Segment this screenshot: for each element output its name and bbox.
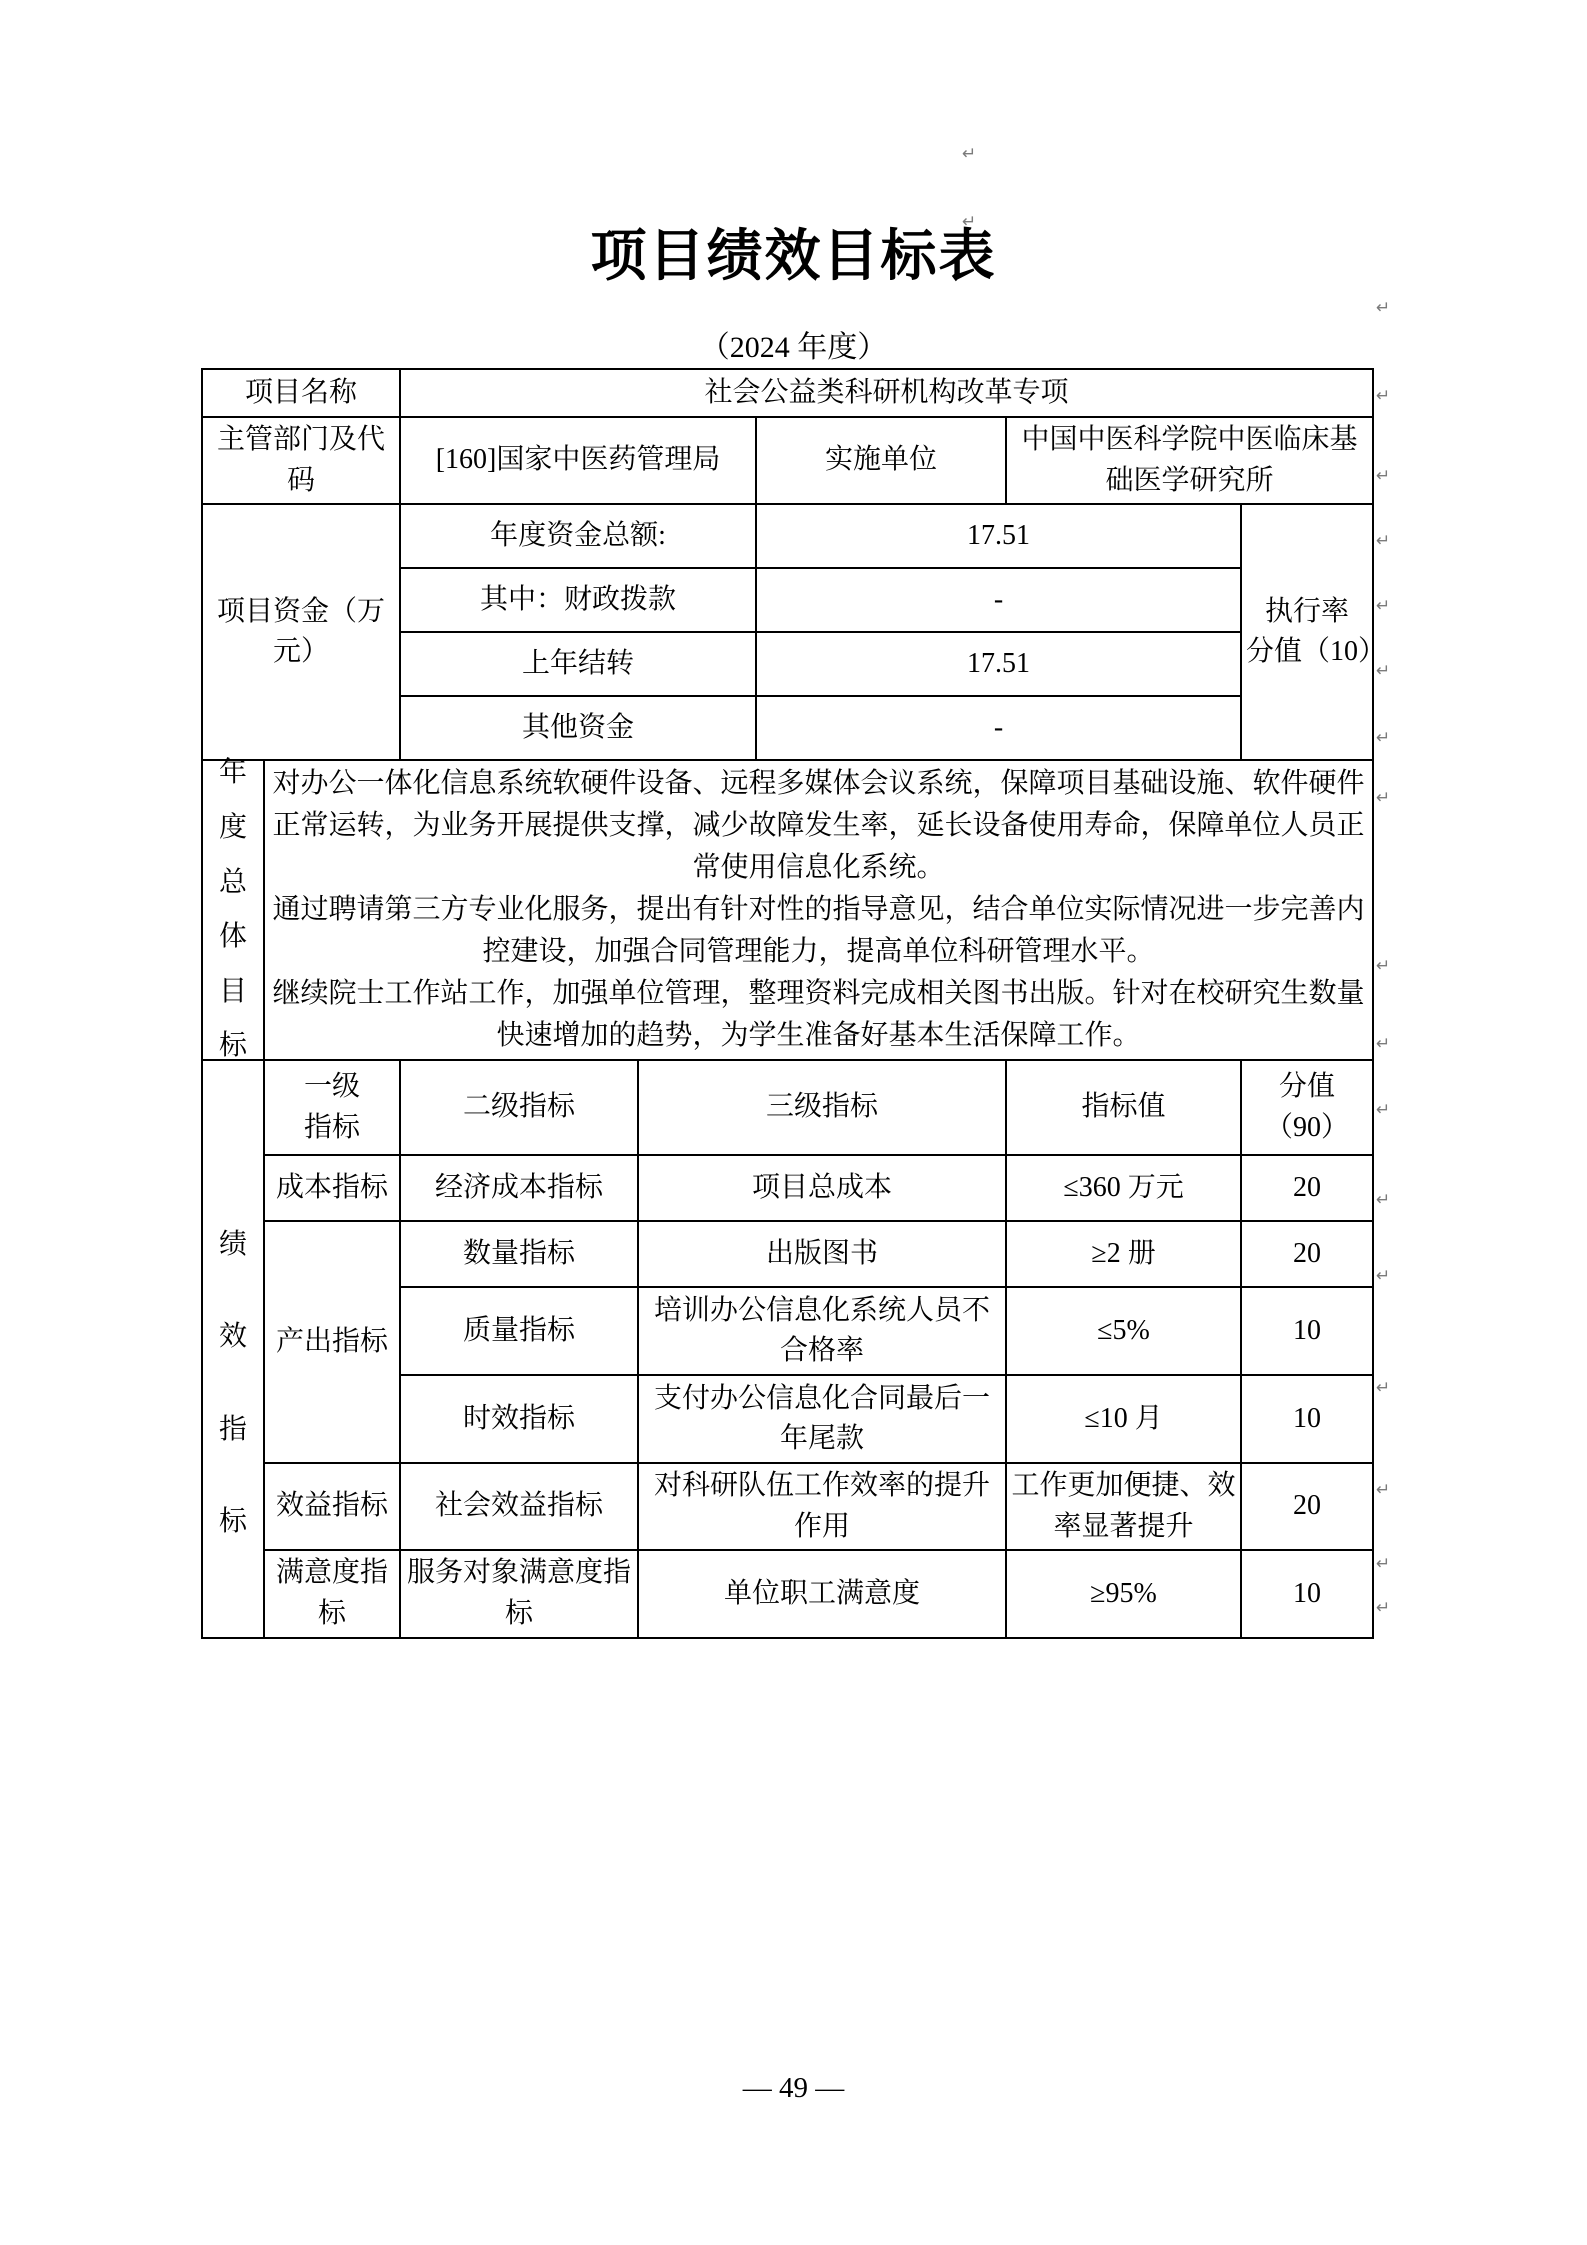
paragraph-mark-icon: ↵	[1376, 1192, 1390, 1209]
dept-label: 主管部门及代码	[202, 417, 400, 504]
paragraph-mark-icon: ↵	[1376, 1036, 1390, 1053]
project-name-value: 社会公益类科研机构改革专项	[400, 369, 1373, 417]
table-row: 满意度指标 服务对象满意度指标 单位职工满意度 ≥95% 10	[202, 1550, 1373, 1637]
funding-item-carryover: 上年结转	[400, 632, 756, 696]
paragraph-mark-icon: ↵	[1376, 1380, 1390, 1397]
indicator-level2: 时效指标	[400, 1375, 638, 1463]
indicator-level3: 出版图书	[638, 1221, 1006, 1287]
execution-rate-score-label: 执行率 分值（10）	[1241, 504, 1373, 760]
paragraph-mark-icon: ↵	[1376, 533, 1390, 550]
performance-target-table: 项目名称 社会公益类科研机构改革专项 主管部门及代码 [160]国家中医药管理局…	[201, 368, 1374, 1639]
indicator-level3: 单位职工满意度	[638, 1550, 1006, 1637]
indicator-level1: 成本指标	[264, 1155, 400, 1221]
indicator-level2: 质量指标	[400, 1287, 638, 1375]
funding-item-fiscal: 其中：财政拨款	[400, 568, 756, 632]
indicator-score: 10	[1241, 1375, 1373, 1463]
indicator-level3: 培训办公信息化系统人员不合格率	[638, 1287, 1006, 1375]
paragraph-mark-icon: ↵	[1376, 790, 1390, 807]
indicator-score: 20	[1241, 1221, 1373, 1287]
dept-value: [160]国家中医药管理局	[400, 417, 756, 504]
page-subtitle: （2024 年度）	[0, 322, 1587, 366]
vertical-label-char: 绩	[219, 1225, 247, 1266]
indicator-score: 20	[1241, 1155, 1373, 1221]
indicator-score: 20	[1241, 1463, 1373, 1550]
table-row: 成本指标 经济成本指标 项目总成本 ≤360 万元 20	[202, 1155, 1373, 1221]
annual-goal-paragraph: 继续院士工作站工作，加强单位管理，整理资料完成相关图书出版。针对在校研究生数量快…	[269, 973, 1368, 1057]
indicator-value: ≤360 万元	[1006, 1155, 1241, 1221]
header-level2: 二级指标	[400, 1060, 638, 1155]
indicator-score: 10	[1241, 1550, 1373, 1637]
paragraph-mark-icon: ↵	[1376, 958, 1390, 975]
indicator-score: 10	[1241, 1287, 1373, 1375]
indicator-value: 工作更加便捷、效率显著提升	[1006, 1463, 1241, 1550]
paragraph-mark-icon: ↵	[1376, 388, 1390, 405]
project-name-label: 项目名称	[202, 369, 400, 417]
annual-goals-label: 年度总体目标	[202, 760, 264, 1060]
page-title: 项目绩效目标表	[0, 212, 1587, 292]
table-row: 项目资金（万元） 年度资金总额: 17.51 执行率 分值（10）	[202, 504, 1373, 568]
funding-value-other: -	[756, 696, 1241, 760]
vertical-label-char: 度	[219, 808, 247, 849]
vertical-label-char: 年	[219, 753, 247, 794]
impl-unit-label: 实施单位	[756, 417, 1006, 504]
paragraph-mark-icon: ↵	[1376, 300, 1390, 317]
funding-value-total: 17.51	[756, 504, 1241, 568]
vertical-label-char: 标	[219, 1026, 247, 1067]
annual-goals-label-vertical: 年度总体目标	[207, 764, 259, 1056]
indicator-level3: 项目总成本	[638, 1155, 1006, 1221]
impl-unit-value: 中国中医科学院中医临床基础医学研究所	[1006, 417, 1373, 504]
indicator-level1: 产出指标	[264, 1221, 400, 1463]
vertical-label-char: 目	[219, 972, 247, 1013]
indicator-level1: 满意度指标	[264, 1550, 400, 1637]
table-row: 效益指标 社会效益指标 对科研队伍工作效率的提升作用 工作更加便捷、效率显著提升…	[202, 1463, 1373, 1550]
funding-item-total: 年度资金总额:	[400, 504, 756, 568]
table-row: 产出指标 数量指标 出版图书 ≥2 册 20	[202, 1221, 1373, 1287]
document-page: 项目绩效目标表 （2024 年度） 项目名称 社会公益类科研机构改革专项 主管部…	[0, 0, 1587, 2245]
paragraph-mark-icon: ↵	[1376, 663, 1390, 680]
funding-item-other: 其他资金	[400, 696, 756, 760]
annual-goals-text: 对办公一体化信息系统软硬件设备、远程多媒体会议系统，保障项目基础设施、软件硬件正…	[264, 760, 1373, 1060]
funding-value-carryover: 17.51	[756, 632, 1241, 696]
indicator-level3: 对科研队伍工作效率的提升作用	[638, 1463, 1006, 1550]
paragraph-mark-icon: ↵	[1376, 1102, 1390, 1119]
header-value: 指标值	[1006, 1060, 1241, 1155]
paragraph-mark-icon: ↵	[962, 214, 976, 231]
indicator-value: ≥95%	[1006, 1550, 1241, 1637]
funding-value-fiscal: -	[756, 568, 1241, 632]
indicator-level2: 数量指标	[400, 1221, 638, 1287]
performance-indicators-label-vertical: 绩效指标	[207, 1071, 259, 1626]
funding-label: 项目资金（万元）	[202, 504, 400, 760]
vertical-label-char: 标	[219, 1502, 247, 1543]
vertical-label-char: 效	[219, 1317, 247, 1358]
table-row: 项目名称 社会公益类科研机构改革专项	[202, 369, 1373, 417]
vertical-label-char: 体	[219, 917, 247, 958]
header-level3: 三级指标	[638, 1060, 1006, 1155]
annual-goal-paragraph: 通过聘请第三方专业化服务，提出有针对性的指导意见，结合单位实际情况进一步完善内控…	[269, 889, 1368, 973]
indicator-level1: 效益指标	[264, 1463, 400, 1550]
indicator-level3: 支付办公信息化合同最后一年尾款	[638, 1375, 1006, 1463]
performance-indicators-label: 绩效指标	[202, 1060, 264, 1637]
indicator-value: ≥2 册	[1006, 1221, 1241, 1287]
vertical-label-char: 总	[219, 863, 247, 904]
paragraph-mark-icon: ↵	[1376, 1556, 1390, 1573]
indicator-value: ≤5%	[1006, 1287, 1241, 1375]
annual-goal-paragraph: 对办公一体化信息系统软硬件设备、远程多媒体会议系统，保障项目基础设施、软件硬件正…	[269, 763, 1368, 889]
page-number: — 49 —	[0, 2072, 1587, 2105]
header-score: 分值 （90）	[1241, 1060, 1373, 1155]
paragraph-mark-icon: ↵	[1376, 1482, 1390, 1499]
paragraph-mark-icon: ↵	[1376, 468, 1390, 485]
paragraph-mark-icon: ↵	[962, 146, 976, 163]
indicator-value: ≤10 月	[1006, 1375, 1241, 1463]
paragraph-mark-icon: ↵	[1376, 730, 1390, 747]
header-level1: 一级 指标	[264, 1060, 400, 1155]
table-row: 年度总体目标 对办公一体化信息系统软硬件设备、远程多媒体会议系统，保障项目基础设…	[202, 760, 1373, 1060]
paragraph-mark-icon: ↵	[1376, 598, 1390, 615]
paragraph-mark-icon: ↵	[1376, 1600, 1390, 1617]
table-row: 主管部门及代码 [160]国家中医药管理局 实施单位 中国中医科学院中医临床基础…	[202, 417, 1373, 504]
table-row: 绩效指标 一级 指标 二级指标 三级指标 指标值 分值 （90）	[202, 1060, 1373, 1155]
indicator-level2: 社会效益指标	[400, 1463, 638, 1550]
indicator-level2: 经济成本指标	[400, 1155, 638, 1221]
indicator-level2: 服务对象满意度指标	[400, 1550, 638, 1637]
vertical-label-char: 指	[219, 1410, 247, 1451]
paragraph-mark-icon: ↵	[1376, 1268, 1390, 1285]
